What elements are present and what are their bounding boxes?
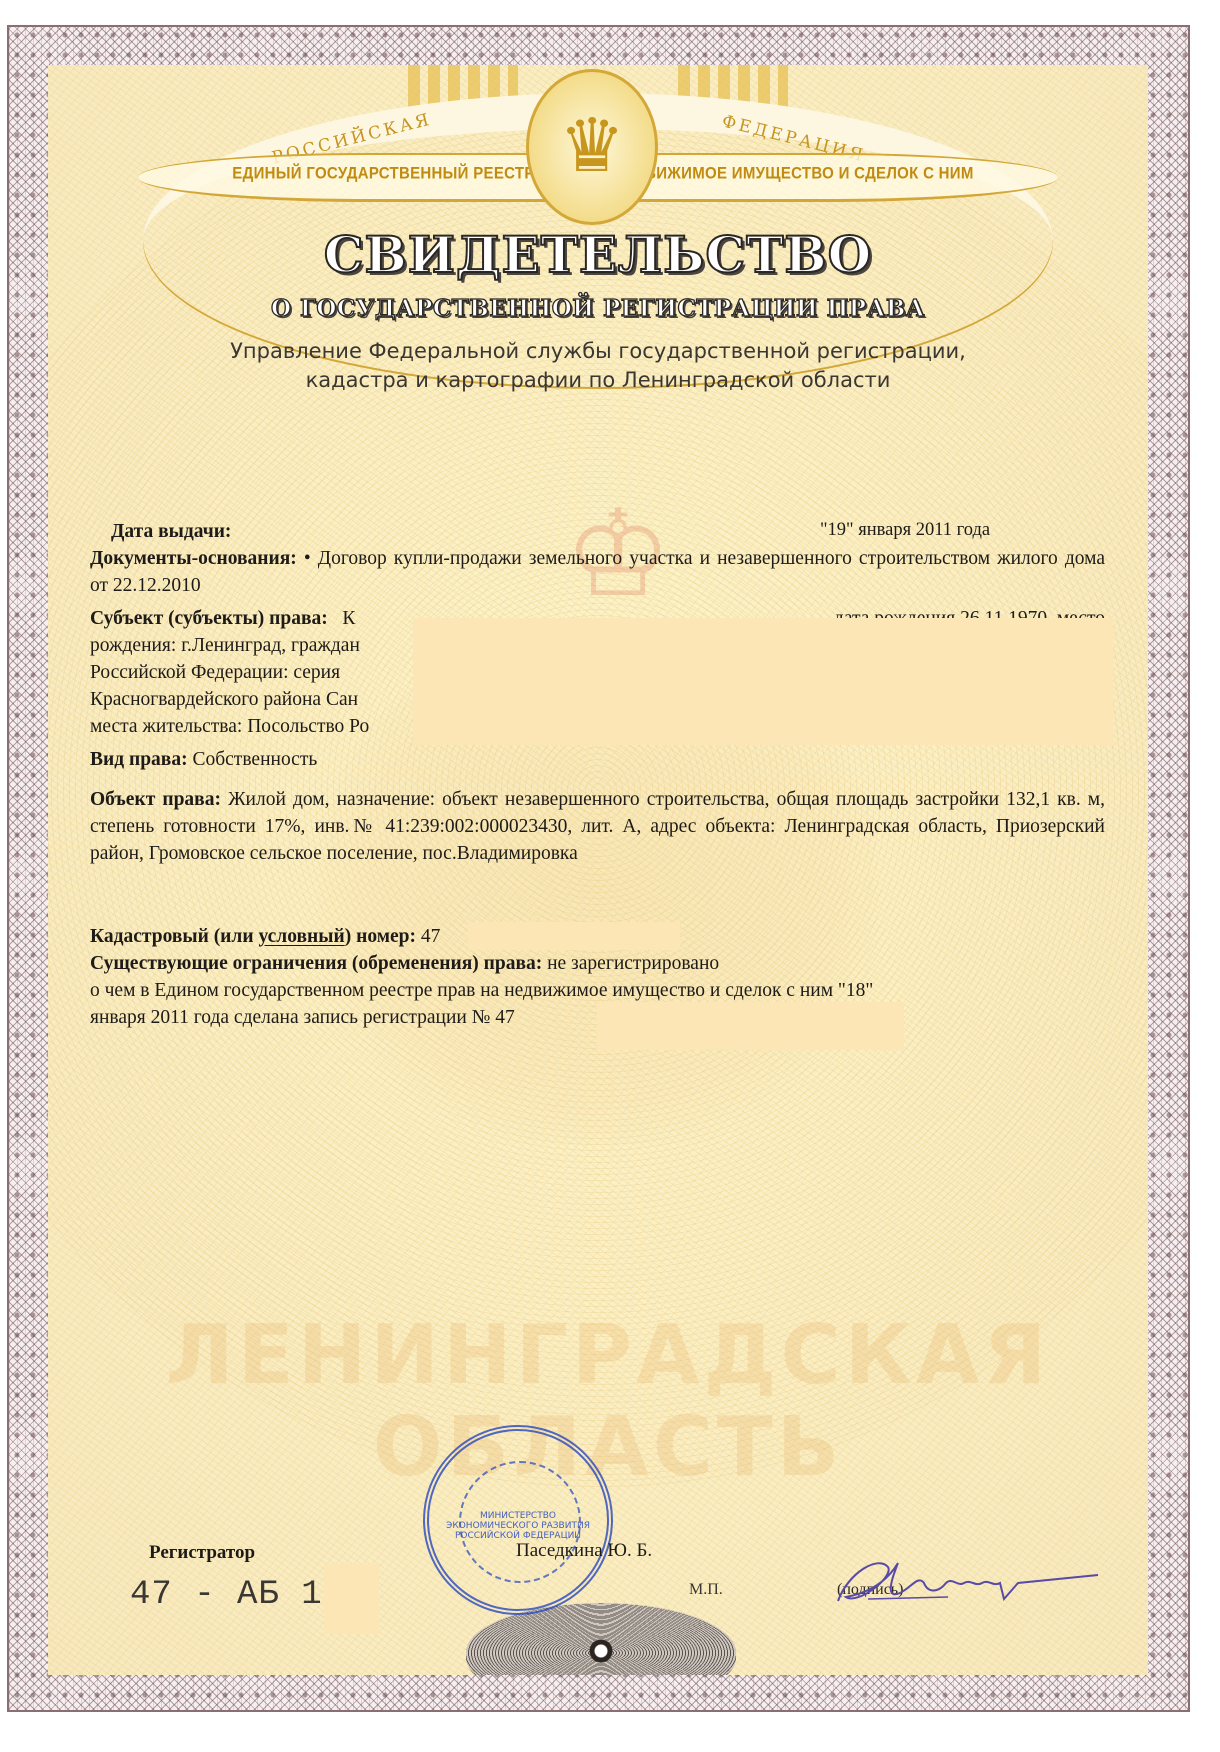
region-watermark-line-1: ЛЕНИНГРАДСКАЯ xyxy=(108,1310,1108,1402)
coat-of-arms-emblem: ♛ xyxy=(526,69,658,225)
double-headed-eagle-icon: ♛ xyxy=(559,110,625,184)
redaction-block-registry-number xyxy=(597,1002,904,1050)
issue-date-label: Дата выдачи: xyxy=(111,518,231,545)
encumbrances-label: Существующие ограничения (обременения) п… xyxy=(90,953,542,974)
right-kind-value: Собственность xyxy=(192,749,317,770)
authority-line-2: кадастра и картографии по Ленинградской … xyxy=(48,366,1148,395)
stamp-place-label: М.П. xyxy=(689,1581,723,1599)
stamp-text: МИНИСТЕРСТВО ЭКОНОМИЧЕСКОГО РАЗВИТИЯ РОС… xyxy=(435,1511,601,1541)
rights-object-label: Объект права: xyxy=(90,789,221,810)
rights-object-value: Жилой дом, назначение: объект незавершен… xyxy=(90,789,1105,864)
region-watermark: ЛЕНИНГРАДСКАЯ ОБЛАСТЬ xyxy=(108,1310,1108,1494)
right-kind: Вид права: Собственность xyxy=(90,746,317,773)
right-kind-label: Вид права: xyxy=(90,749,188,770)
region-watermark-line-2: ОБЛАСТЬ xyxy=(108,1402,1108,1494)
encumbrances-value: не зарегистрировано xyxy=(547,953,719,974)
cadastral-number-value: 47 xyxy=(421,926,441,947)
certificate-subtitle: О ГОСУДАРСТВЕННОЙ РЕГИСТРАЦИИ ПРАВА xyxy=(48,295,1148,322)
cadastral-number: Кадастровый (или условный) номер: 47 xyxy=(90,923,440,950)
documents-basis: Документы-основания: • Договор купли-про… xyxy=(90,545,1105,599)
issue-date-value: "19" января 2011 года xyxy=(820,517,990,544)
authority-line-1: Управление Федеральной службы государств… xyxy=(48,337,1148,366)
certificate-title: СВИДЕТЕЛЬСТВО xyxy=(48,225,1148,284)
redaction-block-serial xyxy=(324,1564,379,1634)
registrar-name: Паседкина Ю. Б. xyxy=(516,1540,652,1562)
registry-entry-line-2: января 2011 года сделана запись регистра… xyxy=(90,1004,1090,1031)
registry-entry-note: о чем в Едином государственном реестре п… xyxy=(90,977,1090,1031)
encumbrances: Существующие ограничения (обременения) п… xyxy=(90,950,719,977)
cadastral-label-underlined: условный xyxy=(258,926,344,947)
official-stamp: МИНИСТЕРСТВО ЭКОНОМИЧЕСКОГО РАЗВИТИЯ РОС… xyxy=(423,1425,613,1615)
documents-basis-label: Документы-основания: xyxy=(90,548,297,569)
registry-entry-line-1: о чем в Едином государственном реестре п… xyxy=(90,977,1090,1004)
certificate-paper: РОССИЙСКАЯ ФЕДЕРАЦИЯ ЕДИНЫЙ ГОСУДАРСТВЕН… xyxy=(48,65,1148,1675)
cadastral-label-post: ) номер: xyxy=(345,926,416,947)
cadastral-label-pre: Кадастровый (или xyxy=(90,926,258,947)
rights-subject-label: Субъект (субъекты) права: xyxy=(90,608,328,629)
rights-object: Объект права: Жилой дом, назначение: объ… xyxy=(90,786,1105,867)
rights-subject-name-partial: К xyxy=(342,608,355,629)
registrar-label: Регистратор xyxy=(149,1542,255,1564)
redaction-block-cadastral xyxy=(468,922,680,950)
redaction-block-subject xyxy=(413,618,1113,745)
header-emblem-ribbon: РОССИЙСКАЯ ФЕДЕРАЦИЯ ЕДИНЫЙ ГОСУДАРСТВЕН… xyxy=(48,65,1148,235)
handwritten-signature xyxy=(828,1553,1108,1613)
issuing-authority: Управление Федеральной службы государств… xyxy=(48,337,1148,395)
